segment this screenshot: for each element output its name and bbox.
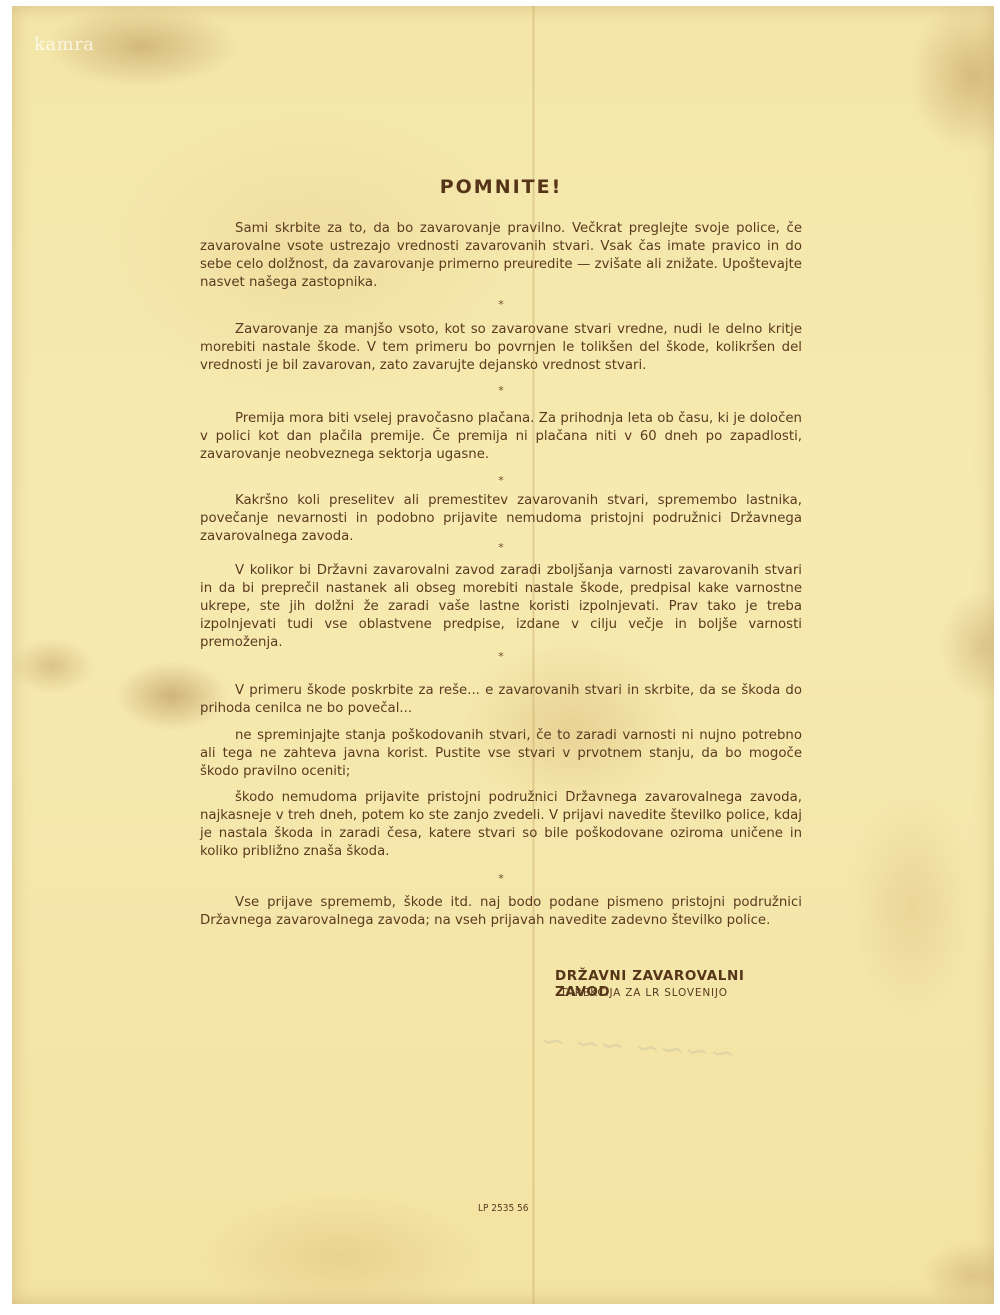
paragraph-safety-measures: V kolikor bi Državni zavarovalni zavod z…: [200, 562, 802, 652]
separator-star: *: [200, 474, 802, 487]
document-title: POMNITE!: [200, 176, 802, 198]
paragraph-damage-unchanged: ne spreminjajte stanja poškodovanih stva…: [200, 727, 802, 781]
paragraph-underinsurance: Zavarovanje za manjšo vsoto, kot so zava…: [200, 321, 802, 375]
kamra-watermark: kamra: [34, 34, 95, 55]
paragraph-premium: Premija mora biti vselej pravočasno plač…: [200, 410, 802, 464]
paragraph-damage-report: škodo nemudoma prijavite pristojni podru…: [200, 789, 802, 861]
paragraph-written-reports: Vse prijave sprememb, škode itd. naj bod…: [200, 894, 802, 930]
paragraph-relocation: Kakršno koli preselitev ali premestitev …: [200, 492, 802, 546]
separator-star: *: [200, 872, 802, 885]
separator-star: *: [200, 384, 802, 397]
separator-star: *: [200, 541, 802, 554]
paragraph-policy-review: Sami skrbite za to, da bo zavarovanje pr…: [200, 220, 802, 292]
signature-directorate: DIREKCIJA ZA LR SLOVENIJO: [562, 987, 728, 999]
paragraph-damage-rescue: V primeru škode poskrbite za reše... e z…: [200, 682, 802, 718]
separator-star: *: [200, 298, 802, 311]
print-code: LP 2535 56: [478, 1203, 528, 1214]
separator-star: *: [200, 650, 802, 663]
